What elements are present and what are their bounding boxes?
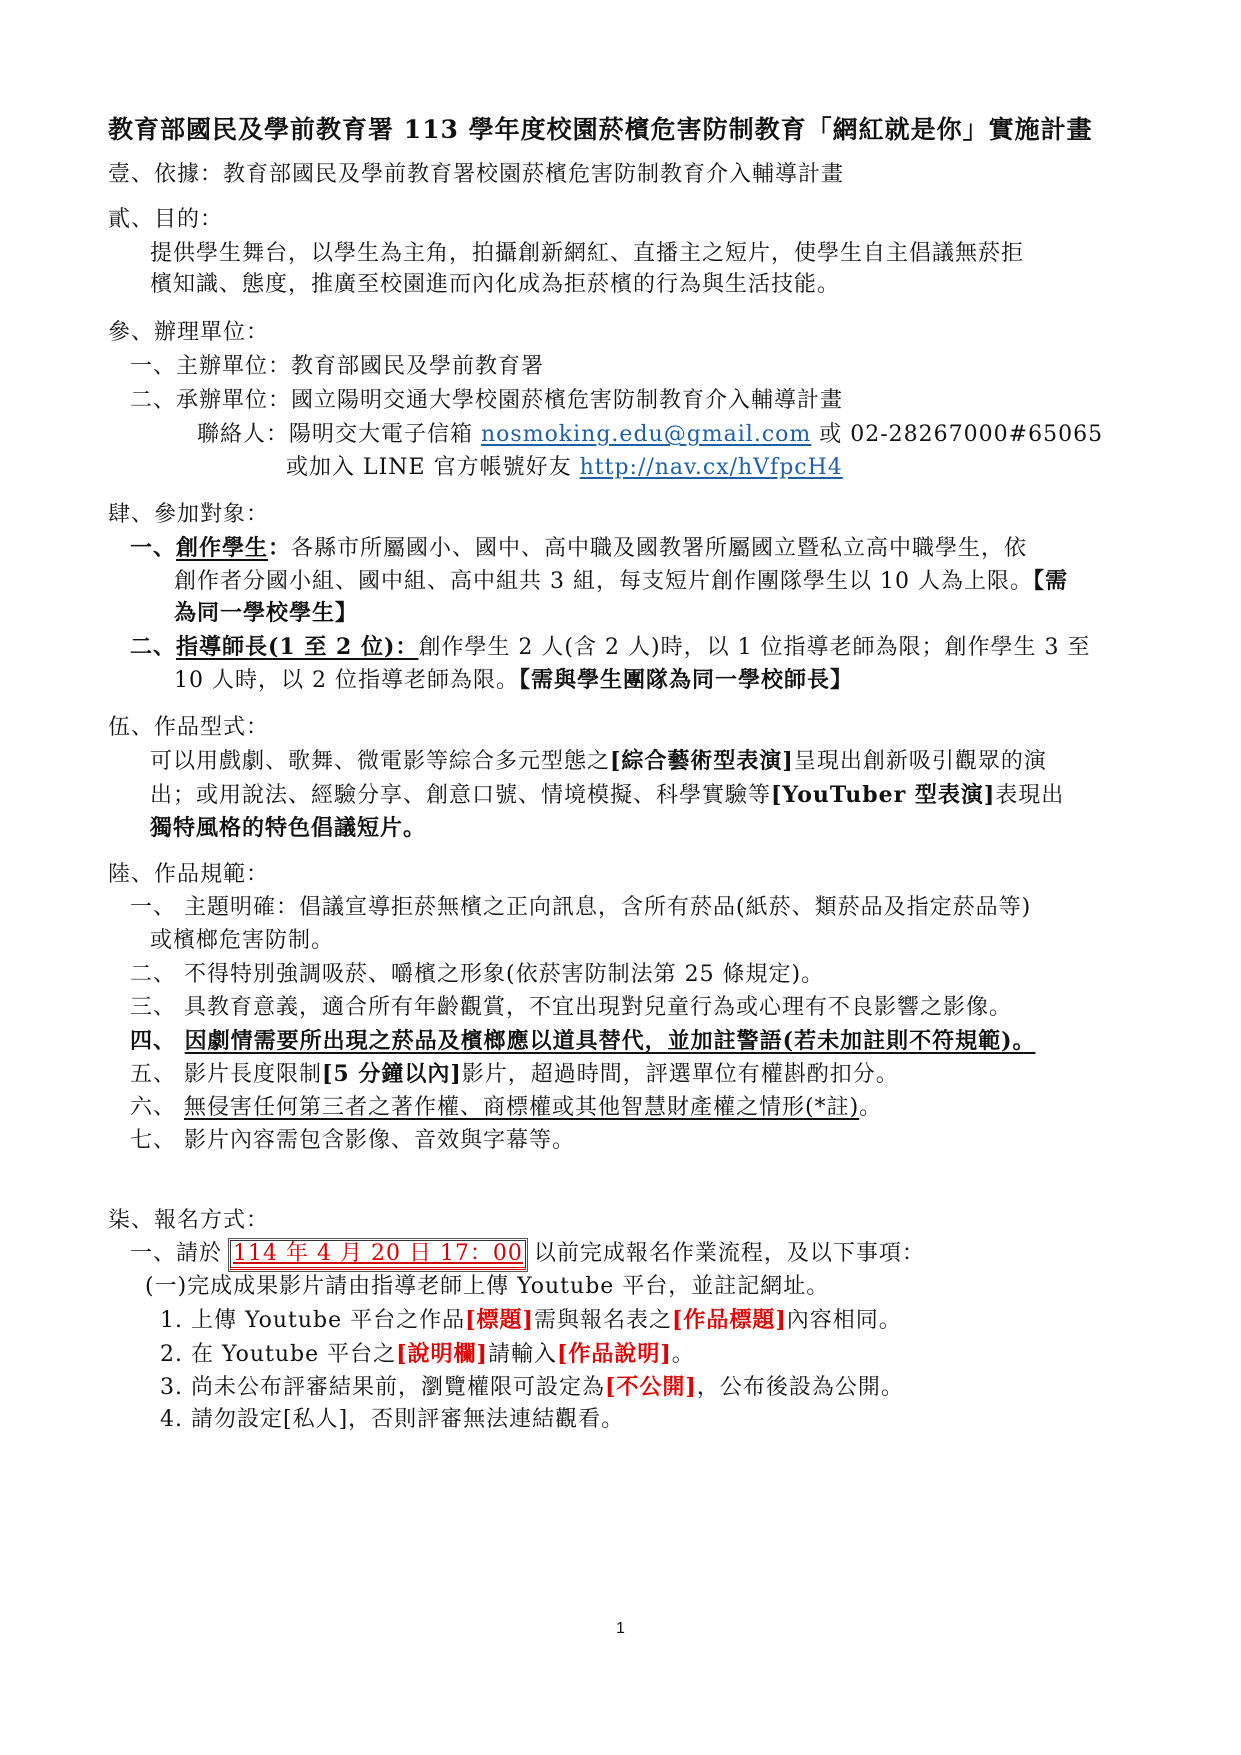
step-emphasis: [作品標題] [672,1307,787,1333]
section-basis: 壹、依據：教育部國民及學前教育署校園菸檳危害防制教育介入輔導計畫 [108,160,844,190]
registration-sub-1: (一)完成成果影片請由指導老師上傳 Youtube 平台，並註記網址。 [145,1272,829,1302]
rule-1-line-2: 或檳榔危害防制。 [150,926,334,956]
section-purpose-label: 貳、目的： [108,205,223,235]
contact-label: 聯絡人：陽明交大電子信箱 [197,422,481,447]
step-emphasis: [標題] [465,1307,534,1333]
item-text: 創作者分國小組、國中組、高中組共 3 組，每支短片創作團隊學生以 10 人為上限… [174,569,1033,594]
step-text: 2. 在 Youtube 平台之 [160,1342,396,1367]
period: 。 [859,1095,882,1120]
line-contact: 或加入 LINE 官方帳號好友 http://nav.cx/hVfpcH4 [286,453,843,483]
colon: ： [268,535,291,561]
step-emphasis: [不公開] [605,1374,697,1400]
rule-4: 四、 因劇情需要所出現之菸品及檳榔應以道具替代，並加註警語(若未加註則不符規範)… [130,1026,1036,1056]
item-emphasis: 【需 [1033,568,1068,594]
item-number: 一、 [130,535,176,561]
length-limit: [5 分鐘以內] [322,1061,462,1087]
rule-text: 五、 影片長度限制 [130,1062,322,1087]
step-text: ，公布後設為公開。 [697,1375,904,1400]
format-text: 表現出 [995,783,1064,808]
format-text: 呈現出創新吸引觀眾的演 [794,749,1047,774]
participants-item-1-line-3: 為同一學校學生】 [174,598,358,628]
step-text: 3. 尚未公布評審結果前，瀏覽權限可設定為 [160,1375,605,1400]
deadline-date: 114 年 4 月 20 日 17：00 [230,1240,526,1270]
document-title: 教育部國民及學前教育署 113 學年度校園菸檳危害防制教育「網紅就是你」實施計畫 [108,115,1093,145]
rule-3: 三、 具教育意義，適合所有年齡觀賞，不宜出現對兒童行為或心理有不良影響之影像。 [130,993,1012,1023]
section-label: 壹、依據： [108,162,223,187]
participants-item-2-line-2: 10 人時，以 2 位指導老師為限。【需與學生團隊為同一學校師長】 [174,665,853,696]
basis-text: 教育部國民及學前教育署校園菸檳危害防制教育介入輔導計畫 [223,162,844,187]
section-registration-label: 柒、報名方式： [108,1206,269,1236]
item-text: 10 人時，以 2 位指導老師為限。 [174,668,519,693]
step-emphasis: [說明欄] [396,1341,488,1367]
format-type-youtuber: [YouTuber 型表演] [771,782,995,808]
item-heading: 創作學生 [176,535,268,561]
rule-6-text: 無侵害任何第三者之著作權、商標權或其他智慧財產權之情形(*註) [184,1095,859,1120]
contact-line: 聯絡人：陽明交大電子信箱 nosmoking.edu@gmail.com 或 0… [197,420,1103,450]
step-text: 1. 上傳 Youtube 平台之作品 [160,1308,465,1333]
section-rules-label: 陸、作品規範： [108,860,269,890]
section-participants-label: 肆、參加對象： [108,500,269,530]
format-line-2: 出；或用說法、經驗分享、創意口號、情境模擬、科學實驗等[YouTuber 型表演… [150,780,1064,811]
email-link[interactable]: nosmoking.edu@gmail.com [481,422,811,447]
rule-1: 一、 主題明確：倡議宣導拒菸無檳之正向訊息，含所有菸品(紙菸、類菸品及指定菸品等… [130,893,1031,923]
section-organizers-label: 參、辦理單位： [108,318,269,348]
step-text: 需與報名表之 [534,1308,672,1333]
registration-item-1: 一、請於 114 年 4 月 20 日 17：00 以前完成報名作業流程，及以下… [130,1239,925,1270]
format-type-art: [綜合藝術型表演] [610,748,794,774]
registration-step-1: 1. 上傳 Youtube 平台之作品[標題]需與報名表之[作品標題]內容相同。 [160,1305,902,1336]
rule-6: 六、 無侵害任何第三者之著作權、商標權或其他智慧財產權之情形(*註)。 [130,1093,882,1123]
registration-text: 一、請於 [130,1241,230,1266]
step-text: 請輸入 [488,1342,557,1367]
registration-step-3: 3. 尚未公布評審結果前，瀏覽權限可設定為[不公開]，公布後設為公開。 [160,1372,904,1403]
item-emphasis: 【需與學生團隊為同一學校師長】 [519,667,853,693]
purpose-line-1: 提供學生舞台，以學生為主角，拍攝創新網紅、直播主之短片，使學生自主倡議無菸拒 [150,239,1024,269]
item-heading: 指導師長(1 至 2 位)： [176,634,418,660]
document-page: 教育部國民及學前教育署 113 學年度校園菸檳危害防制教育「網紅就是你」實施計畫… [0,0,1241,1755]
host-unit: 一、主辦單位：教育部國民及學前教育署 [130,352,544,382]
registration-step-2: 2. 在 Youtube 平台之[說明欄]請輸入[作品說明]。 [160,1339,695,1370]
format-text: 出；或用說法、經驗分享、創意口號、情境模擬、科學實驗等 [150,783,771,808]
rule-4-text: 因劇情需要所出現之菸品及檳榔應以道具替代，並加註警語(若未加註則不符規範)。 [185,1028,1036,1054]
organizer-unit: 二、承辦單位：國立陽明交通大學校園菸檳危害防制教育介入輔導計畫 [130,386,843,416]
step-emphasis: [作品說明] [557,1341,672,1367]
line-url-link[interactable]: http://nav.cx/hVfpcH4 [580,455,843,480]
step-text: 內容相同。 [787,1308,902,1333]
page-number: 1 [0,1620,1241,1638]
registration-text: 以前完成報名作業流程，及以下事項： [526,1241,925,1266]
item-number: 六、 [130,1095,184,1120]
participants-item-1: 一、創作學生：各縣市所屬國小、國中、高中職及國教署所屬國立暨私立高中職學生，依 [130,533,1027,564]
rule-7: 七、 影片內容需包含影像、音效與字幕等。 [130,1126,575,1156]
step-text: 。 [672,1342,695,1367]
purpose-line-2: 檳知識、態度，推廣至校園進而內化成為拒菸檳的行為與生活技能。 [150,270,840,300]
rule-5: 五、 影片長度限制[5 分鐘以內]影片，超過時間，評選單位有權斟酌扣分。 [130,1059,899,1090]
format-line-3: 獨特風格的特色倡議短片。 [150,813,426,843]
registration-step-4: 4. 請勿設定[私人]，否則評審無法連結觀看。 [160,1405,624,1435]
item-text: 各縣市所屬國小、國中、高中職及國教署所屬國立暨私立高中職學生，依 [291,536,1027,561]
participants-item-1-line-2: 創作者分國小組、國中組、高中組共 3 組，每支短片創作團隊學生以 10 人為上限… [174,566,1068,597]
format-text: 可以用戲劇、歌舞、微電影等綜合多元型態之 [150,749,610,774]
participants-item-2: 二、指導師長(1 至 2 位)：創作學生 2 人(含 2 人)時，以 1 位指導… [130,632,1091,663]
line-label: 或加入 LINE 官方帳號好友 [286,455,580,480]
item-text: 創作學生 2 人(含 2 人)時，以 1 位指導老師為限；創作學生 3 至 [418,635,1090,660]
rule-2: 二、 不得特別強調吸菸、嚼檳之形象(依菸害防制法第 25 條規定)。 [130,960,824,990]
format-line-1: 可以用戲劇、歌舞、微電影等綜合多元型態之[綜合藝術型表演]呈現出創新吸引觀眾的演 [150,746,1047,777]
item-number: 四、 [130,1028,185,1054]
section-format-label: 伍、作品型式： [108,713,269,743]
contact-phone: 或 02-28267000#65065 [811,422,1103,447]
item-number: 二、 [130,634,176,660]
rule-text: 影片，超過時間，評選單位有權斟酌扣分。 [462,1062,899,1087]
